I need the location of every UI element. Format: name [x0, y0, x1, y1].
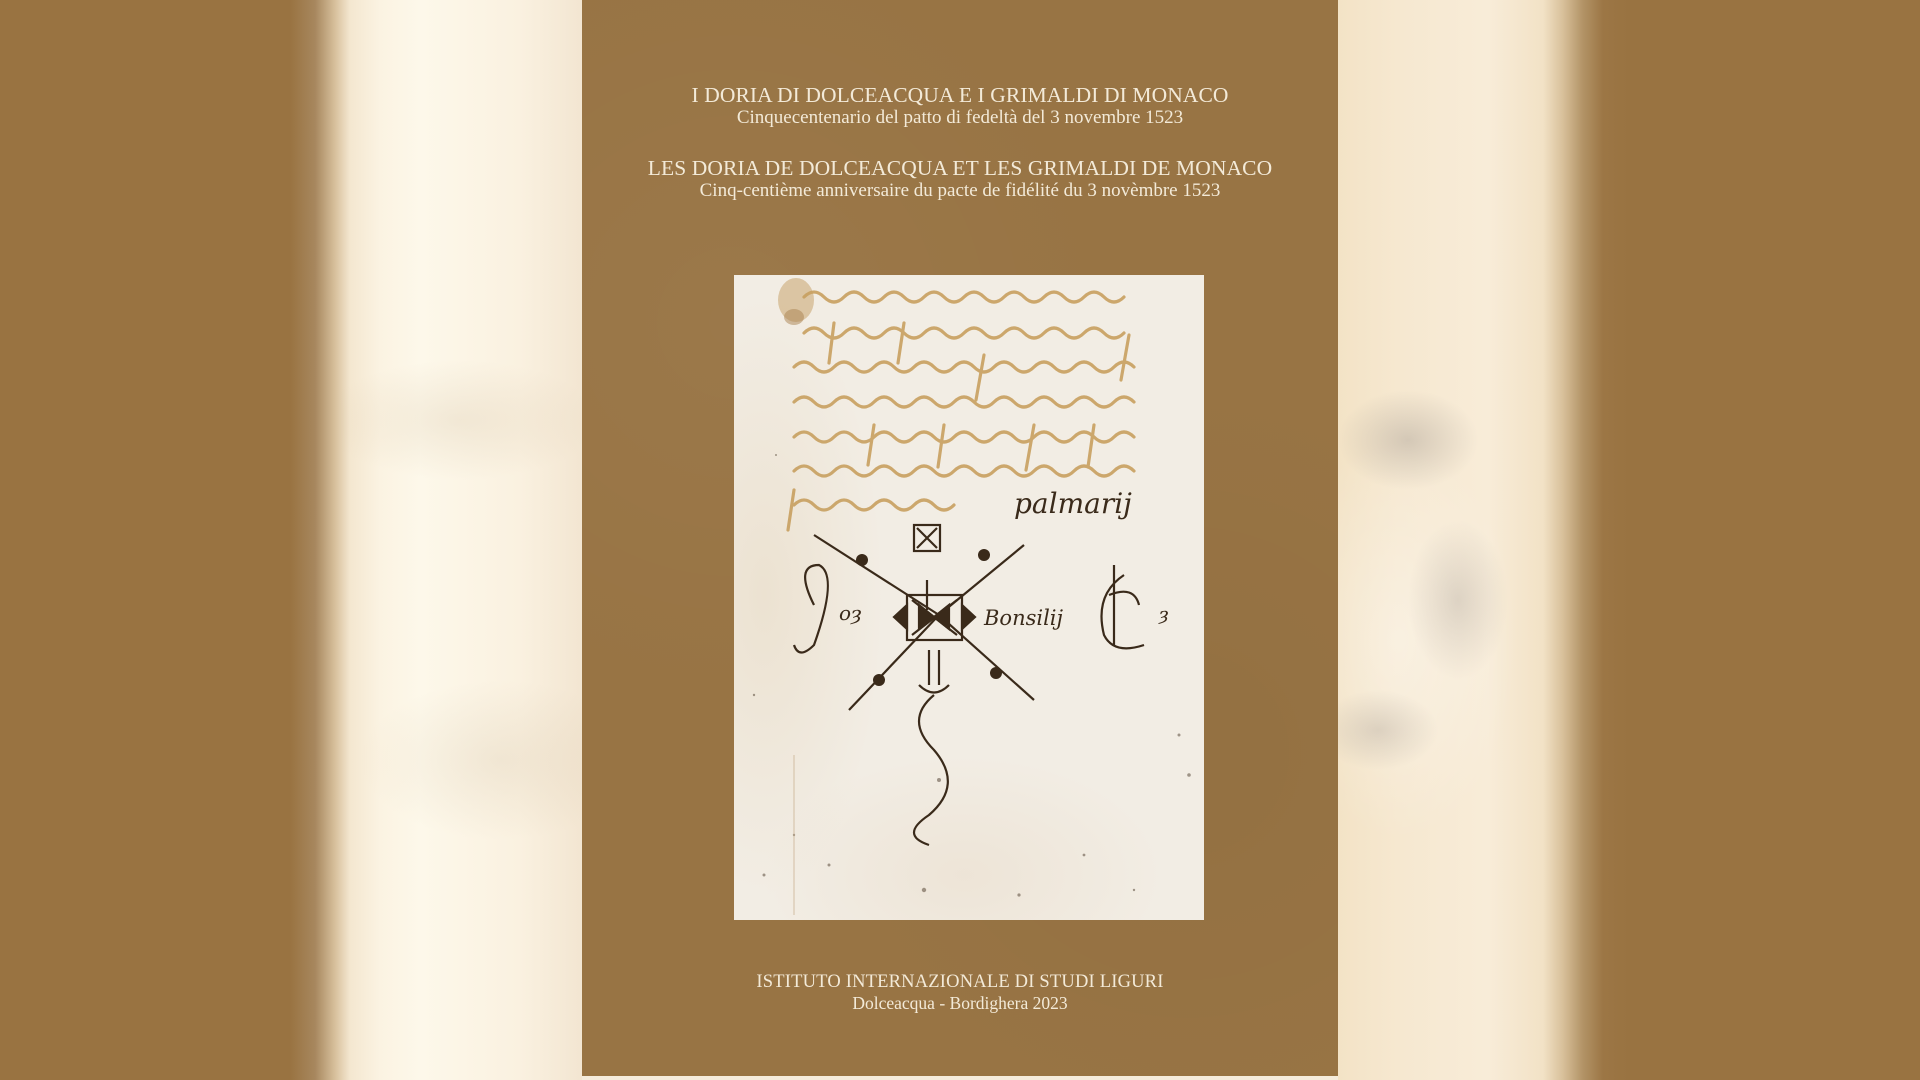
italian-title: I DORIA DI DOLCEACQUA E I GRIMALDI DI MO…: [582, 83, 1338, 107]
book-cover-viewer: I DORIA DI DOLCEACQUA E I GRIMALDI DI MO…: [0, 0, 1920, 1080]
bottom-strip: [582, 1076, 1338, 1080]
notarial-sign-icon: [794, 525, 1144, 845]
french-subtitle: Cinq-centième anniversaire du pacte de f…: [582, 180, 1338, 202]
svg-text:oȝ: oȝ: [839, 601, 862, 625]
french-title: LES DORIA DE DOLCEACQUA ET LES GRIMALDI …: [582, 156, 1338, 180]
handwritten-palmarij: palmarij: [1014, 487, 1132, 520]
background-texture-left: [340, 0, 582, 1080]
handwritten-bonsilij: Bonsilij: [983, 606, 1064, 630]
publisher-name: ISTITUTO INTERNAZIONALE DI STUDI LIGURI: [582, 972, 1338, 993]
french-title-block: LES DORIA DE DOLCEACQUA ET LES GRIMALDI …: [582, 156, 1338, 202]
manuscript-image: palmarij: [734, 275, 1204, 920]
italian-subtitle: Cinquecentenario del patto di fedeltà de…: [582, 107, 1338, 129]
book-cover: I DORIA DI DOLCEACQUA E I GRIMALDI DI MO…: [582, 0, 1338, 1076]
place-and-year: Dolceacqua - Bordighera 2023: [582, 993, 1338, 1014]
publisher-block: ISTITUTO INTERNAZIONALE DI STUDI LIGURI …: [582, 972, 1338, 1014]
svg-text:ȝ: ȝ: [1158, 604, 1169, 625]
manuscript-illustration: palmarij: [734, 275, 1204, 920]
italian-title-block: I DORIA DI DOLCEACQUA E I GRIMALDI DI MO…: [582, 83, 1338, 129]
background-texture-right: [1338, 0, 1578, 1080]
